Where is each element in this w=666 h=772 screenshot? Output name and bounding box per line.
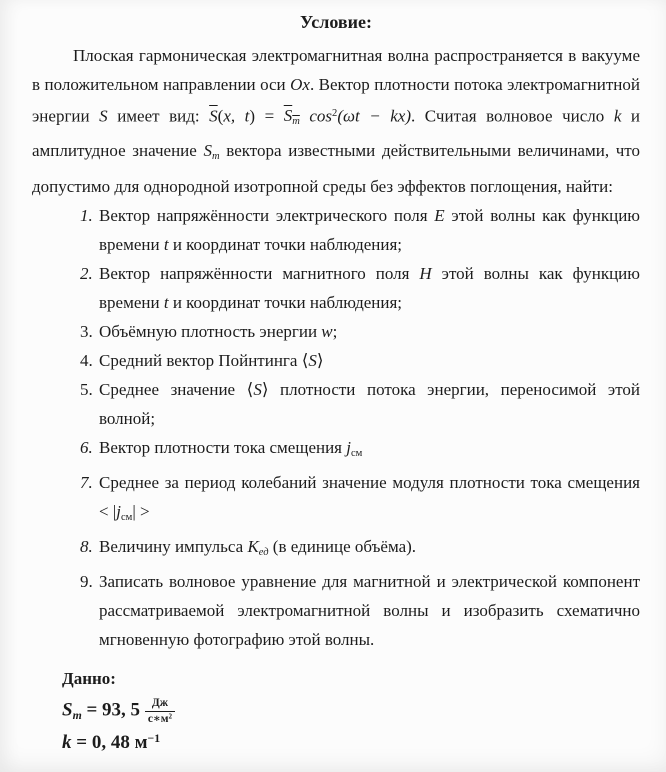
- list-item-text: Объёмную плотность энергии w;: [99, 317, 640, 346]
- document-screenshot: { "colors": { "ink": "#1c1c1c", "paper":…: [0, 0, 666, 772]
- list-item-number: 8.: [80, 532, 99, 567]
- list-item-number: 4.: [80, 346, 99, 375]
- list-item: 4.Средний вектор Пойнтинга ⟨S⟩: [32, 346, 640, 375]
- list-item-text: Записать волновое уравнение для магнитно…: [99, 567, 640, 654]
- given-label: Данно:: [62, 667, 640, 691]
- list-item: 2.Вектор напряжённости магнитного поля H…: [32, 259, 640, 317]
- list-item-number: 5.: [80, 375, 99, 433]
- list-item: 9.Записать волновое уравнение для магнит…: [32, 567, 640, 654]
- list-item-number: 9.: [80, 567, 99, 654]
- list-item: 8.Величину импульса Kед (в единице объём…: [32, 532, 640, 567]
- list-item: 3.Объёмную плотность энергии w;: [32, 317, 640, 346]
- list-item-text: Среднее за период колебаний значение мод…: [99, 468, 640, 532]
- list-item-text: Вектор напряжённости магнитного поля H э…: [99, 259, 640, 317]
- given-formula-k: k = 0, 48 м−1: [62, 731, 640, 756]
- list-item: 1.Вектор напряжённости электрического по…: [32, 201, 640, 259]
- list-item-text: Вектор плотности тока смещения jсм: [99, 433, 640, 468]
- list-item-text: Величину импульса Kед (в единице объёма)…: [99, 532, 640, 567]
- given-formula-sm: Sm = 93, 5 Джс∗м2: [62, 697, 640, 725]
- list-item-number: 6.: [80, 433, 99, 468]
- list-item-text: Среднее значение ⟨S⟩ плотности потока эн…: [99, 375, 640, 433]
- list-item: 6.Вектор плотности тока смещения jсм: [32, 433, 640, 468]
- page: Условие: Плоская гармоническая электрома…: [0, 0, 666, 756]
- list-item-number: 3.: [80, 317, 99, 346]
- list-item-number: 7.: [80, 468, 99, 532]
- problem-statement: Плоская гармоническая электромагнитная в…: [32, 41, 640, 201]
- list-item: 7.Среднее за период колебаний значение м…: [32, 468, 640, 532]
- list-item-number: 2.: [80, 259, 99, 317]
- list-item-number: 1.: [80, 201, 99, 259]
- list-item: 5.Среднее значение ⟨S⟩ плотности потока …: [32, 375, 640, 433]
- page-title: Условие:: [32, 10, 640, 34]
- task-list: 1.Вектор напряжённости электрического по…: [32, 201, 640, 654]
- list-item-text: Средний вектор Пойнтинга ⟨S⟩: [99, 346, 640, 375]
- list-item-text: Вектор напряжённости электрического поля…: [99, 201, 640, 259]
- given-section: Данно: Sm = 93, 5 Джс∗м2 k = 0, 48 м−1: [62, 667, 640, 756]
